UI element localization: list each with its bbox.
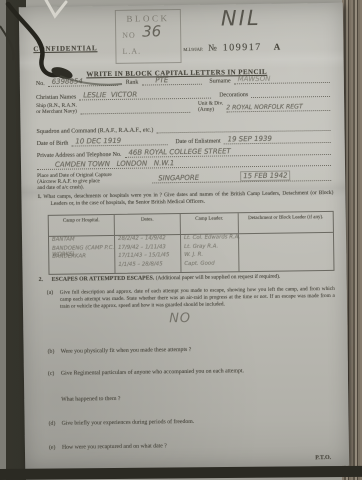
treasury-tag-string — [0, 0, 180, 120]
section-2-note: (Additional paper will be supplied on re… — [156, 274, 281, 282]
squadron-label: Squadron and Command (R.A.F., R.A.A.F., … — [36, 127, 156, 135]
header-camp: Camp or Hospital. — [49, 215, 115, 236]
question-2c: (c) Give Regimental particulars of anyon… — [48, 367, 336, 377]
header-dates: Dates. — [115, 214, 181, 235]
row-capture: Place and Date of Original Capture (Airc… — [37, 169, 331, 191]
pto-marking: P.T.O. — [315, 455, 331, 461]
camp-cell — [52, 263, 114, 272]
question-2e-text: How were you recaptured and on what date… — [62, 443, 167, 450]
capture-date-value: 15 FEB 1942 — [240, 171, 291, 182]
ref-number: 109917 — [223, 42, 262, 54]
enlistment-label: Date of Enlistment — [175, 138, 223, 145]
unit-field: 2 ROYAL NORFOLK REGT — [226, 101, 330, 112]
question-2a: (a) Give full description and approx. da… — [47, 286, 335, 311]
nil-annotation: NIL — [221, 6, 261, 31]
photo-bottom-edge — [0, 466, 362, 480]
decorations-field — [251, 87, 330, 98]
question-2b-text: Were you physically fit when you made th… — [61, 347, 192, 355]
question-2c-number: (c) — [48, 371, 61, 377]
decorations-label: Decorations — [219, 92, 251, 98]
column-dates: 28/2/42 – 14/9/42 17/9/42 – 1/11/43 17/1… — [115, 235, 182, 273]
reference-number-line: M.I.9/JAP. № 109917 A — [183, 42, 280, 54]
answer-2a: NO — [169, 311, 191, 326]
capture-place-value: SINGAPORE — [158, 174, 199, 183]
capture-label: Place and Date of Original Capture (Airc… — [37, 171, 152, 191]
question-2c-text: Give Regimental particulars of anyone wh… — [61, 368, 244, 377]
section-2-title: ESCAPES OR ATTEMPTED ESCAPES. — [52, 275, 155, 282]
leader-cell: Capt. Good — [184, 261, 238, 270]
column-detachment-leader — [239, 233, 334, 271]
ref-prefix: M.I.9/JAP. — [183, 47, 203, 52]
header-detachment-leader: Detachment or Block Leader (if any). — [239, 212, 333, 233]
date-of-birth-label: Date of Birth — [37, 141, 72, 147]
camps-table: Camp or Hospital. Dates. Camp Leader. De… — [48, 211, 335, 275]
question-2d-number: (d) — [49, 421, 62, 427]
squadron-field — [156, 121, 330, 133]
date-of-birth-field: 10 DEC 1919 — [71, 135, 167, 146]
question-1-text: What camps, detachments or hospitals wer… — [43, 190, 333, 207]
question-1: 1. What camps, detachments or hospitals … — [37, 190, 333, 208]
unit-label: Unit & Div. (Army) — [198, 100, 226, 113]
section-2-number: 2. — [39, 277, 52, 283]
question-2d-text: Give briefly your experiences during per… — [62, 419, 195, 427]
address-label: Private Address and Telephone No. — [37, 152, 125, 159]
question-2d: (d) Give briefly your experiences during… — [49, 417, 337, 427]
camps-table-body: BANTAM BANDOENG (CAMP P.C. WORKS) BANDER… — [49, 233, 333, 274]
capture-field: SINGAPORE 15 FEB 1942 — [152, 171, 331, 183]
column-camp: BANTAM BANDOENG (CAMP P.C. WORKS) BANDER… — [49, 236, 116, 274]
question-2c2-text: What happened to them ? — [61, 396, 120, 403]
photographed-pow-questionnaire: CONFIDENTIAL BLOCK NO 36 L.A. NIL M.I.9/… — [0, 0, 362, 480]
question-2a-text: Give full description and approx. date o… — [60, 286, 335, 310]
enlistment-field: 19 SEP 1939 — [224, 133, 331, 144]
question-2b-number: (b) — [48, 349, 61, 355]
detachment-cell — [242, 260, 333, 270]
ref-no-sign: № — [208, 43, 217, 53]
question-2e: (e) How were you recaptured and on what … — [49, 441, 337, 451]
question-2e-number: (e) — [49, 445, 62, 451]
surname-field: MAWSON — [234, 73, 330, 84]
header-camp-leader: Camp Leader. — [181, 213, 239, 234]
ref-suffix: A — [274, 42, 281, 52]
column-camp-leader: Lt. Col. Edwards R.A. Lt. Gray R.A. W. J… — [181, 234, 240, 272]
dates-cell: 1/1/45 – 28/8/45 — [118, 262, 180, 271]
question-2a-number: (a) — [47, 290, 60, 311]
surname-label: Surname — [209, 78, 233, 84]
question-2b: (b) Were you physically fit when you mad… — [48, 345, 336, 355]
question-1-number: 1. — [37, 194, 41, 200]
